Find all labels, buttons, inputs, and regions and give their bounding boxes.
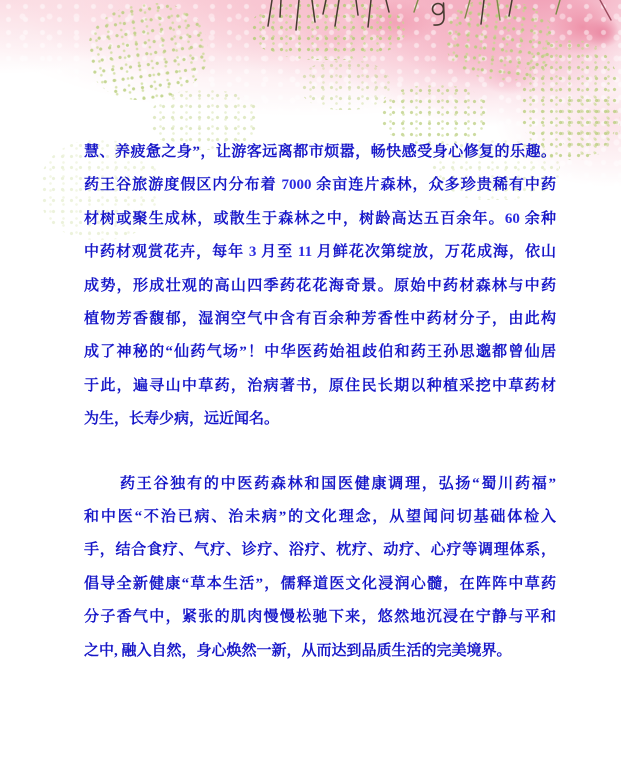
g-glyph-sketch: [433, 3, 445, 25]
text-line: 慧、养疲惫之身”，让游客远离都市烦嚣，畅快感受身心修复的乐趣。: [84, 136, 556, 169]
text-line: 于此，遍寻山中草药，治病著书，原住民长期以种植采挖中草药材: [84, 370, 556, 403]
text-line: 中药材观赏花卉，每年 3 月至 11 月鲜花次第绽放，万花成海，依山: [84, 236, 556, 269]
number-text: 7000: [281, 177, 311, 193]
text-line: 药王谷独有的中医药森林和国医健康调理，弘扬“蜀川药福”: [84, 468, 556, 501]
text-line: 为生，长寿少病，远近闻名。: [84, 403, 556, 436]
paragraph: 慧、养疲惫之身”，让游客远离都市烦嚣，畅快感受身心修复的乐趣。药王谷旅游度假区内…: [84, 136, 556, 437]
text-line: 倡导全新健康“草本生活”，儒释道医文化浸润心髓，在阵阵中草药: [84, 568, 556, 601]
number-text: 11: [298, 244, 312, 260]
text-line: 成了神秘的“仙药气场”！中华医药始祖歧伯和药王孙思邈都曾仙居: [84, 336, 556, 369]
number-text: 3: [249, 244, 257, 260]
ink-stem-sketch: [0, 0, 621, 42]
number-text: 60: [505, 211, 520, 227]
green-speckle-cluster: [300, 60, 390, 110]
green-speckle-cluster: [558, 95, 620, 155]
text-line: 成势，形成壮观的高山四季药花花海奇景。原始中药材森林与中药: [84, 270, 556, 303]
text-line: 植物芳香馥郁，湿润空气中含有百余种芳香性中药材分子，由此构: [84, 303, 556, 336]
text-line: 之中, 融入自然，身心焕然一新，从而达到品质生活的完美境界。: [84, 635, 556, 668]
text-line: 材树或聚生成林，或散生于森林之中，树龄高达五百余年。60 余种: [84, 203, 556, 236]
body-text[interactable]: 慧、养疲惫之身”，让游客远离都市烦嚣，畅快感受身心修复的乐趣。药王谷旅游度假区内…: [84, 136, 556, 668]
text-line: 药王谷旅游度假区内分布着 7000 余亩连片森林，众多珍贵稀有中药: [84, 169, 556, 202]
text-line: 分子香气中，紧张的肌肉慢慢松驰下来，悠然地沉浸在宁静与平和: [84, 601, 556, 634]
text-line: 和中医“不治已病、治未病”的文化理念，从望闻问切基础体检入: [84, 501, 556, 534]
text-line: 手，结合食疗、气疗、诊疗、浴疗、枕疗、动疗、心疗等调理体系，: [84, 534, 556, 567]
page-background: 慧、养疲惫之身”，让游客远离都市烦嚣，畅快感受身心修复的乐趣。药王谷旅游度假区内…: [0, 0, 621, 782]
paragraph: 药王谷独有的中医药森林和国医健康调理，弘扬“蜀川药福”和中医“不治已病、治未病”…: [84, 468, 556, 668]
